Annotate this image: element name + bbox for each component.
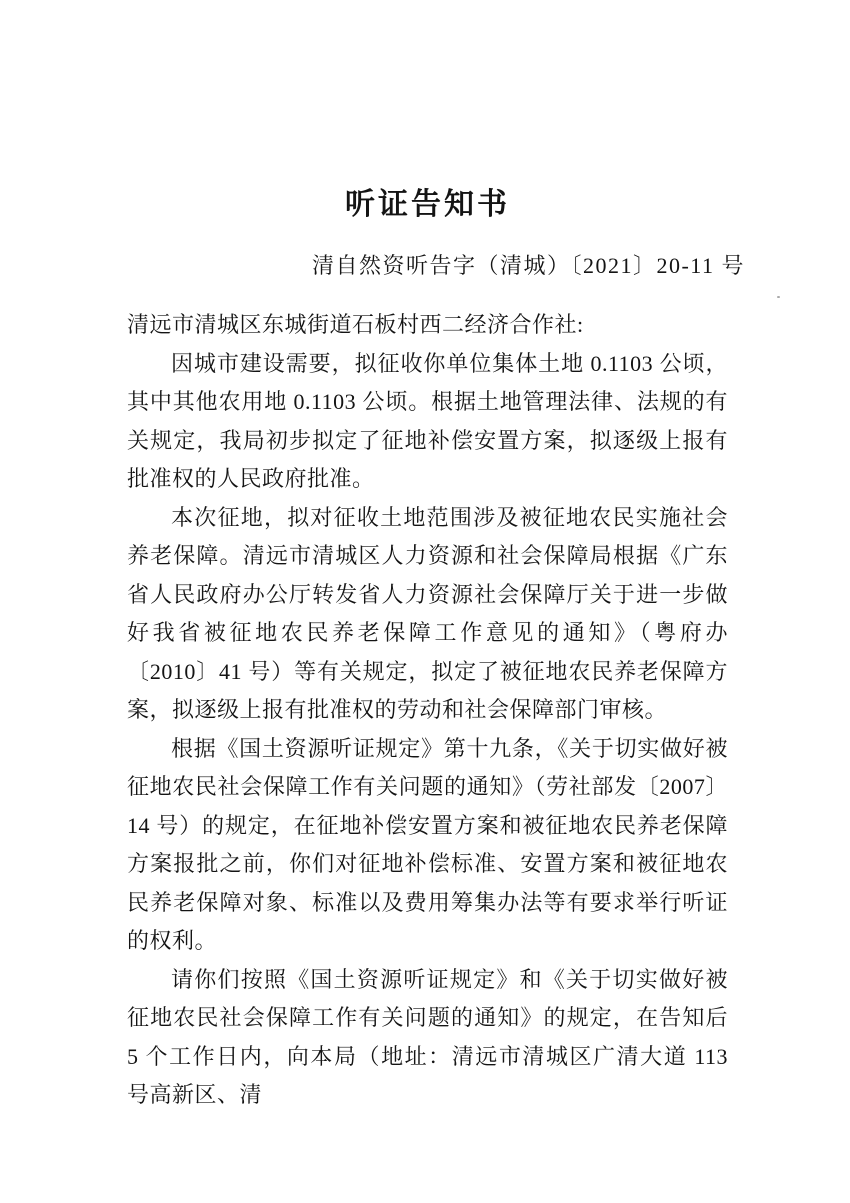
scanned-document-page: 听证告知书 清自然资听告字（清城）〔2021〕20-11 号 清远市清城区东城街… (0, 0, 850, 1203)
body-paragraph-3: 根据《国土资源听证规定》第十九条，《关于切实做好被征地农民社会保障工作有关问题的… (127, 730, 728, 961)
body-paragraph-1: 因城市建设需要，拟征收你单位集体土地 0.1103 公顷，其中其他农用地 0.1… (127, 345, 728, 499)
body-paragraph-2: 本次征地，拟对征收土地范围涉及被征地农民实施社会养老保障。清远市清城区人力资源和… (127, 499, 728, 730)
document-title: 听证告知书 (127, 188, 728, 222)
document-reference-number: 清自然资听告字（清城）〔2021〕20-11 号 (127, 250, 745, 282)
body-paragraph-4: 请你们按照《国土资源听证规定》和《关于切实做好被征地农民社会保障工作有关问题的通… (127, 961, 728, 1115)
addressee-line: 清远市清城区东城街道石板村西二经济合作社: (127, 306, 728, 345)
document-body: 清远市清城区东城街道石板村西二经济合作社: 因城市建设需要，拟征收你单位集体土地… (127, 306, 728, 1115)
scan-artifact-speck (777, 296, 780, 298)
